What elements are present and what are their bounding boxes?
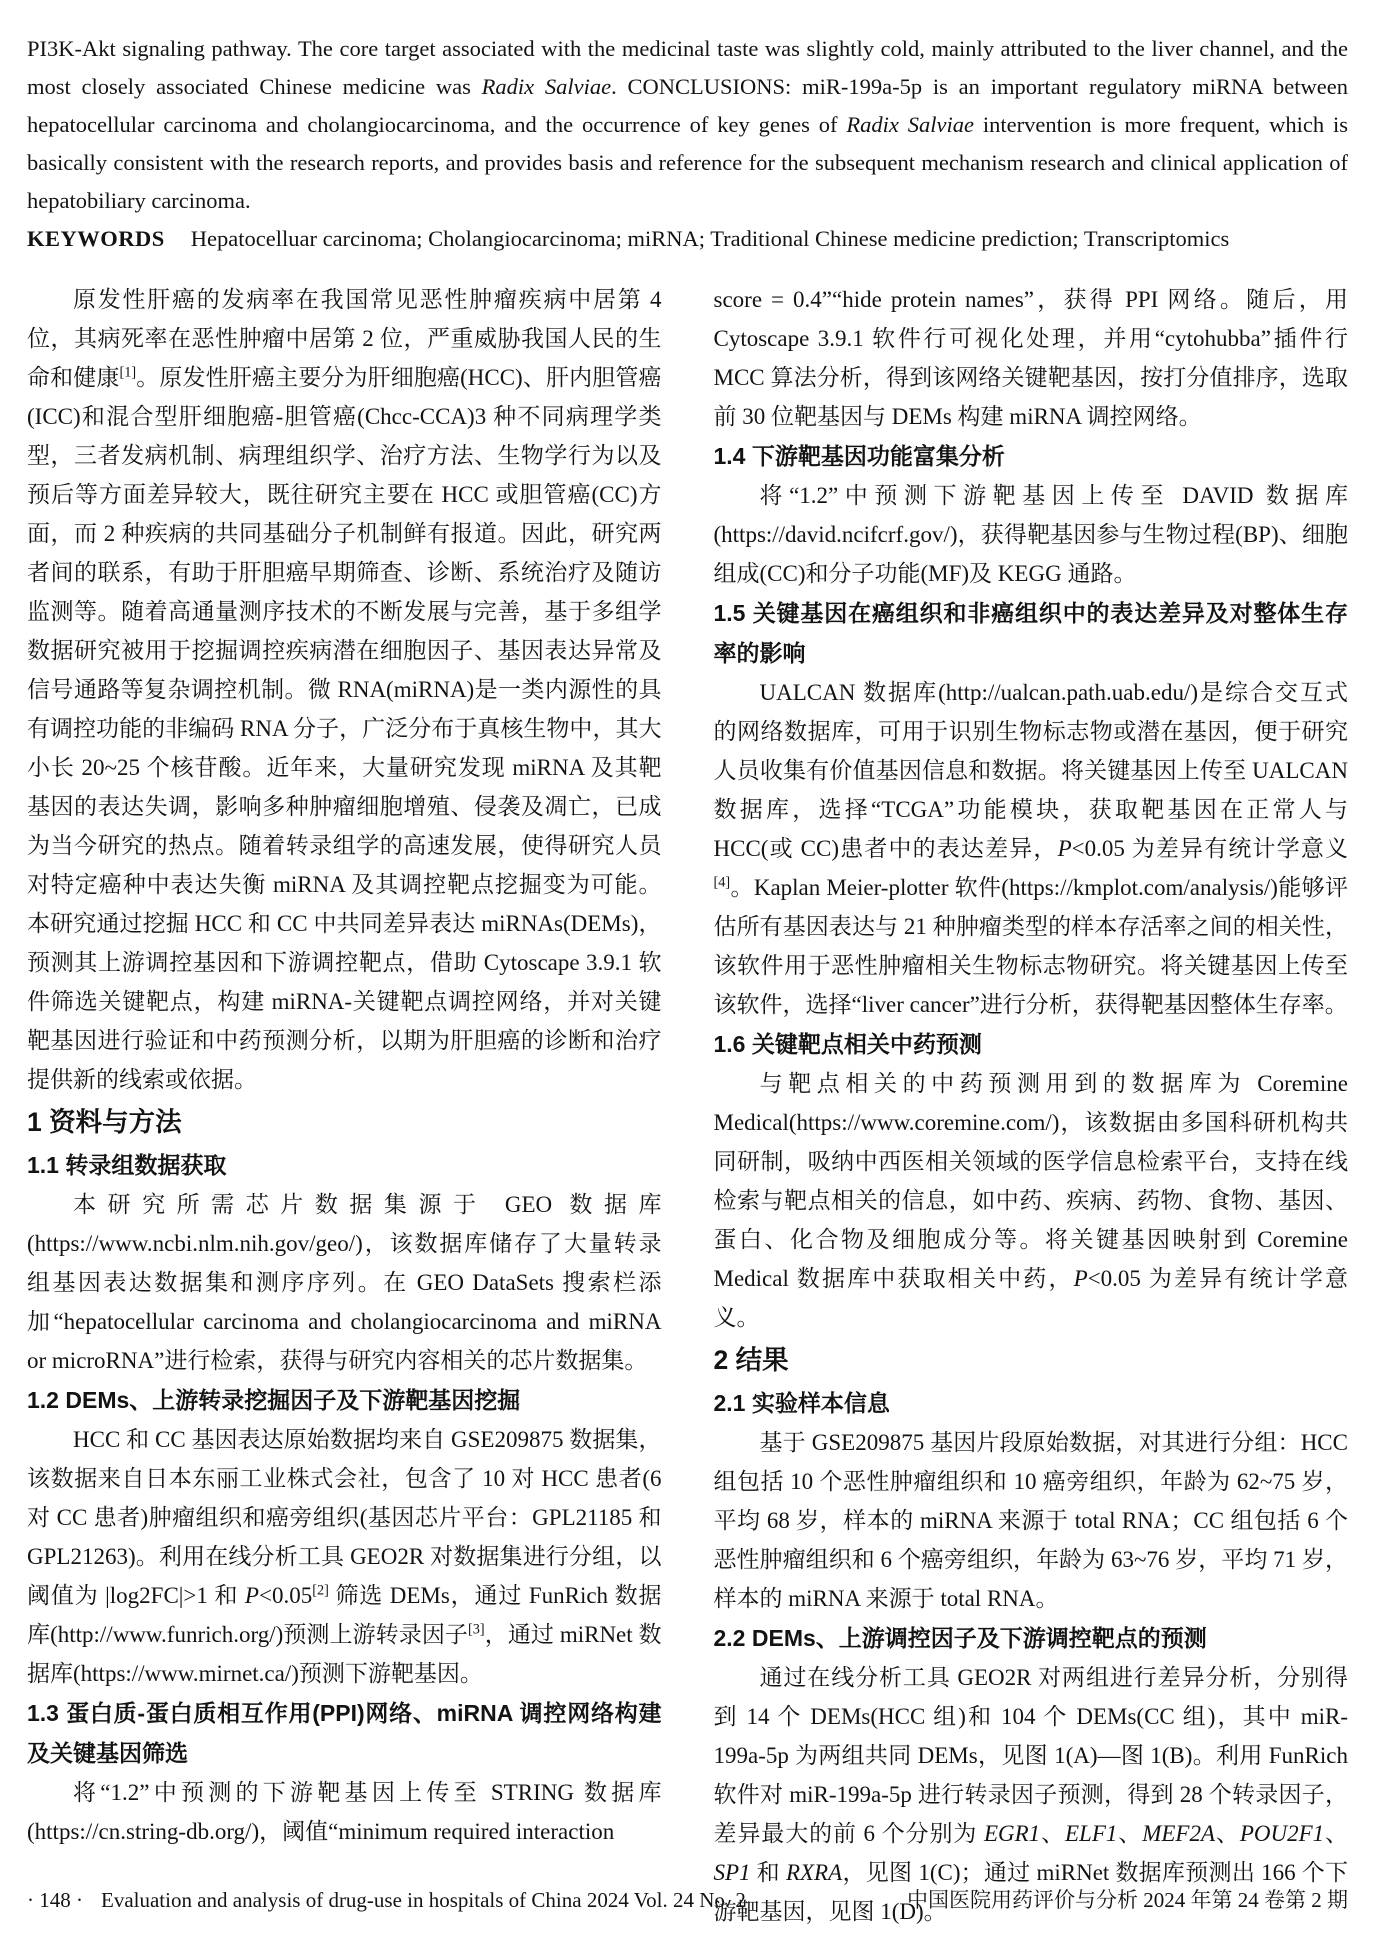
paragraph: 基于 GSE209875 基因片段原始数据，对其进行分组：HCC 组包括 10 … [714,1423,1349,1618]
text-segment: 、 [1324,1821,1348,1846]
text-segment: P [1074,1266,1088,1291]
footer-journal-en: Evaluation and analysis of drug-use in h… [101,1888,746,1912]
subsection-heading: 1.5 关键基因在癌组织和非癌组织中的表达差异及对整体生存率的影响 [714,593,1349,673]
text-segment: [1] [120,364,137,380]
text-segment: 2.2 DEMs、上游调控因子及下游调控靶点的预测 [714,1625,1207,1651]
text-segment: HCC 和 CC 基因表达原始数据均来自 GSE209875 数据集，该数据来自… [27,1427,662,1608]
text-segment: <0.05 为差异有统计学意义 [1072,836,1348,861]
text-segment: 本研究所需芯片数据集源于 GEO 数据库(https://www.ncbi.nl… [27,1192,662,1373]
section-heading: 2 结果 [714,1337,1349,1383]
text-segment: 、 [1040,1821,1065,1846]
text-segment: score = 0.4”“hide protein names”，获得 PPI … [714,287,1349,429]
text-segment: 基于 GSE209875 基因片段原始数据，对其进行分组：HCC 组包括 10 … [714,1430,1349,1611]
text-segment: RXRA [786,1860,842,1885]
text-segment: 和 [751,1860,786,1885]
text-segment: 1.3 蛋白质-蛋白质相互作用(PPI)网络、miRNA 调控网络构建及关键基因… [27,1700,662,1766]
text-segment: 1.5 关键基因在癌组织和非癌组织中的表达差异及对整体生存率的影响 [714,600,1349,666]
text-segment: UALCAN 数据库(http://ualcan.path.uab.edu/)是… [714,680,1349,861]
paragraph: 与靶点相关的中药预测用到的数据库为 Coremine Medical(https… [714,1064,1349,1337]
text-segment: ELF1 [1065,1821,1117,1846]
footer-journal-cn: 中国医院用药评价与分析 2024 年第 24 卷第 2 期 [907,1884,1348,1914]
paragraph: 将“1.2”中预测的下游靶基因上传至 STRING 数据库(https://cn… [27,1773,662,1851]
subsection-heading: 2.2 DEMs、上游调控因子及下游调控靶点的预测 [714,1618,1349,1658]
subsection-heading: 2.1 实验样本信息 [714,1383,1349,1423]
text-segment: P [1058,836,1072,861]
paragraph: UALCAN 数据库(http://ualcan.path.uab.edu/)是… [714,673,1349,1024]
text-segment: 。Kaplan Meier-plotter 软件(https://kmplot.… [714,875,1349,1017]
paragraph: HCC 和 CC 基因表达原始数据均来自 GSE209875 数据集，该数据来自… [27,1420,662,1693]
footer-left: · 148 ·Evaluation and analysis of drug-u… [27,1888,746,1913]
paragraph: 将“1.2”中预测下游靶基因上传至 DAVID 数据库(https://davi… [714,476,1349,593]
section-heading: 1 资料与方法 [27,1099,662,1145]
text-segment: 2 结果 [714,1345,789,1375]
text-segment: SP1 [714,1860,751,1885]
page-content: PI3K-Akt signaling pathway. The core tar… [0,0,1375,1931]
text-segment: 与靶点相关的中药预测用到的数据库为 Coremine Medical(https… [714,1071,1349,1291]
text-segment: 通过在线分析工具 GEO2R 对两组进行差异分析，分别得到 14 个 DEMs(… [714,1665,1349,1846]
text-segment: P [245,1583,259,1608]
text-segment: 2.1 实验样本信息 [714,1390,890,1416]
abstract-paragraph: PI3K-Akt signaling pathway. The core tar… [27,30,1348,220]
text-segment: MEF2A [1142,1821,1215,1846]
page-footer: · 148 ·Evaluation and analysis of drug-u… [27,1884,1348,1914]
journal-page: PI3K-Akt signaling pathway. The core tar… [0,0,1375,1940]
subsection-heading: 1.1 转录组数据获取 [27,1145,662,1185]
text-segment: 1.1 转录组数据获取 [27,1152,226,1178]
text-segment: 1.6 关键靶点相关中药预测 [714,1031,982,1057]
text-segment: POU2F1 [1240,1821,1324,1846]
footer-page-number: · 148 · [27,1888,83,1912]
text-segment: 、 [1117,1821,1142,1846]
text-segment: Radix Salviae [846,112,974,137]
text-segment: 将“1.2”中预测下游靶基因上传至 DAVID 数据库(https://davi… [714,483,1349,586]
keywords-text: Hepatocelluar carcinoma; Cholangiocarcin… [191,226,1230,251]
keywords-line: KEYWORDSHepatocelluar carcinoma; Cholang… [27,220,1348,258]
text-segment: EGR1 [984,1821,1040,1846]
keywords-label: KEYWORDS [27,226,165,251]
text-segment: [2] [312,1582,329,1598]
text-segment: <0.05 [259,1583,312,1608]
text-segment: Radix Salviae [482,74,612,99]
text-segment: 。原发性肝癌主要分为肝细胞癌(HCC)、肝内胆管癌(ICC)和混合型肝细胞癌-胆… [27,365,662,1092]
subsection-heading: 1.6 关键靶点相关中药预测 [714,1024,1349,1064]
text-segment: 、 [1215,1821,1240,1846]
subsection-heading: 1.2 DEMs、上游转录挖掘因子及下游靶基因挖掘 [27,1380,662,1420]
text-segment: 1 资料与方法 [27,1107,182,1137]
text-segment: [4] [714,874,731,890]
body-columns: 原发性肝癌的发病率在我国常见恶性肿瘤疾病中居第 4 位，其病死率在恶性肿瘤中居第… [27,280,1348,1931]
text-segment: 将“1.2”中预测的下游靶基因上传至 STRING 数据库(https://cn… [27,1780,662,1844]
paragraph: score = 0.4”“hide protein names”，获得 PPI … [714,280,1349,436]
paragraph: 原发性肝癌的发病率在我国常见恶性肿瘤疾病中居第 4 位，其病死率在恶性肿瘤中居第… [27,280,662,1099]
text-segment: [3] [468,1621,485,1637]
text-segment: 1.2 DEMs、上游转录挖掘因子及下游靶基因挖掘 [27,1387,520,1413]
english-abstract-block: PI3K-Akt signaling pathway. The core tar… [27,30,1348,258]
subsection-heading: 1.4 下游靶基因功能富集分析 [714,436,1349,476]
right-column: score = 0.4”“hide protein names”，获得 PPI … [714,280,1349,1931]
left-column: 原发性肝癌的发病率在我国常见恶性肿瘤疾病中居第 4 位，其病死率在恶性肿瘤中居第… [27,280,662,1931]
text-segment: 1.4 下游靶基因功能富集分析 [714,443,1005,469]
subsection-heading: 1.3 蛋白质-蛋白质相互作用(PPI)网络、miRNA 调控网络构建及关键基因… [27,1693,662,1773]
paragraph: 本研究所需芯片数据集源于 GEO 数据库(https://www.ncbi.nl… [27,1185,662,1380]
